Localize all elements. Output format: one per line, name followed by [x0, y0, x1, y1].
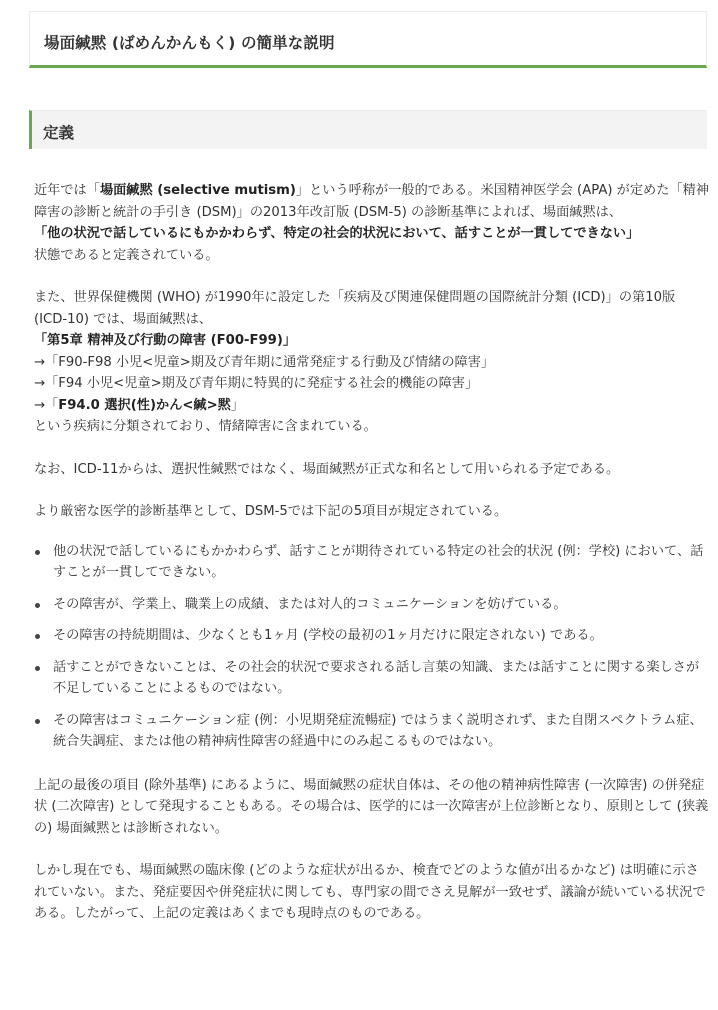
- text: 近年では「: [34, 183, 100, 198]
- list-item-text: その障害の持続期間は、少なくとも1ヶ月 (学校の最初の1ヶ月だけに限定されない)…: [53, 628, 603, 643]
- paragraph-exclusion: 上記の最後の項目 (除外基準) にあるように、場面緘黙の症状自体は、その他の精神…: [34, 775, 710, 840]
- icd-level-2: →「F94 小児<児童>期及び青年期に特異的に発症する社会的機能の障害」: [34, 376, 478, 391]
- list-item-text: その障害が、学業上、職業上の成績、または対人的コミュニケーションを妨げている。: [53, 597, 567, 612]
- text: という疾病に分類されており、情緒障害に含まれている。: [34, 419, 377, 434]
- list-item: 話すことができないことは、その社会的状況で要求される話し言葉の知識、または話すこ…: [34, 657, 710, 700]
- list-item: その障害が、学業上、職業上の成績、または対人的コミュニケーションを妨げている。: [34, 594, 710, 616]
- arrow: →「: [34, 398, 58, 413]
- icd-level-3: →「F94.0 選択(性)かん<緘>黙」: [34, 398, 244, 413]
- article-title-box: 場面緘黙 (ばめんかんもく) の簡単な説明: [29, 11, 707, 68]
- article-body: 近年では「場面緘黙 (selective mutism)」という呼称が一般的であ…: [34, 180, 710, 925]
- bullet-icon: [35, 550, 40, 555]
- article-page: 場面緘黙 (ばめんかんもく) の簡単な説明 定義 近年では「場面緘黙 (sele…: [0, 0, 718, 1010]
- paragraph-icd11: なお、ICD-11からは、選択性緘黙ではなく、場面緘黙が正式な和名として用いられ…: [34, 459, 710, 481]
- list-item: 他の状況で話しているにもかかわらず、話すことが期待されている特定の社会的状況 (…: [34, 541, 710, 584]
- bullet-icon: [35, 666, 40, 671]
- text: また、世界保健機関 (WHO) が1990年に設定した「疾病及び関連保健問題の国…: [34, 290, 675, 327]
- list-item-text: 話すことができないことは、その社会的状況で要求される話し言葉の知識、または話すこ…: [53, 660, 699, 697]
- text: 状態であると定義されている。: [34, 248, 219, 263]
- paragraph-definition: 近年では「場面緘黙 (selective mutism)」という呼称が一般的であ…: [34, 180, 710, 266]
- criteria-list: 他の状況で話しているにもかかわらず、話すことが期待されている特定の社会的状況 (…: [34, 541, 710, 753]
- paragraph-current-status: しかし現在でも、場面緘黙の臨床像 (どのような症状が出るか、検査でどのような値が…: [34, 860, 710, 925]
- paragraph-criteria-intro: より厳密な医学的診断基準として、DSM-5では下記の5項目が規定されている。: [34, 501, 710, 523]
- section-heading-box: 定義: [29, 110, 707, 149]
- close-quote: 」: [231, 398, 244, 413]
- bold-term: 場面緘黙 (selective mutism): [100, 183, 296, 198]
- bullet-icon: [35, 634, 40, 639]
- article-title: 場面緘黙 (ばめんかんもく) の簡単な説明: [44, 31, 335, 53]
- section-heading: 定義: [43, 121, 74, 143]
- paragraph-icd: また、世界保健機関 (WHO) が1990年に設定した「疾病及び関連保健問題の国…: [34, 287, 710, 438]
- bullet-icon: [35, 719, 40, 724]
- icd-chapter: 「第5章 精神及び行動の障害 (F00-F99)」: [34, 333, 296, 348]
- list-item-text: その障害はコミュニケーション症 (例：小児期発症流暢症) ではうまく説明されず、…: [53, 713, 703, 750]
- icd-level-1: →「F90-F98 小児<児童>期及び青年期に通常発症する行動及び情緒の障害」: [34, 355, 494, 370]
- list-item: その障害はコミュニケーション症 (例：小児期発症流暢症) ではうまく説明されず、…: [34, 710, 710, 753]
- list-item: その障害の持続期間は、少なくとも1ヶ月 (学校の最初の1ヶ月だけに限定されない)…: [34, 625, 710, 647]
- bullet-icon: [35, 603, 40, 608]
- list-item-text: 他の状況で話しているにもかかわらず、話すことが期待されている特定の社会的状況 (…: [53, 544, 703, 581]
- bold-quote: 「他の状況で話しているにもかかわらず、特定の社会的状況において、話すことが一貫し…: [34, 226, 639, 241]
- icd-code-bold: F94.0 選択(性)かん<緘>黙: [58, 398, 231, 413]
